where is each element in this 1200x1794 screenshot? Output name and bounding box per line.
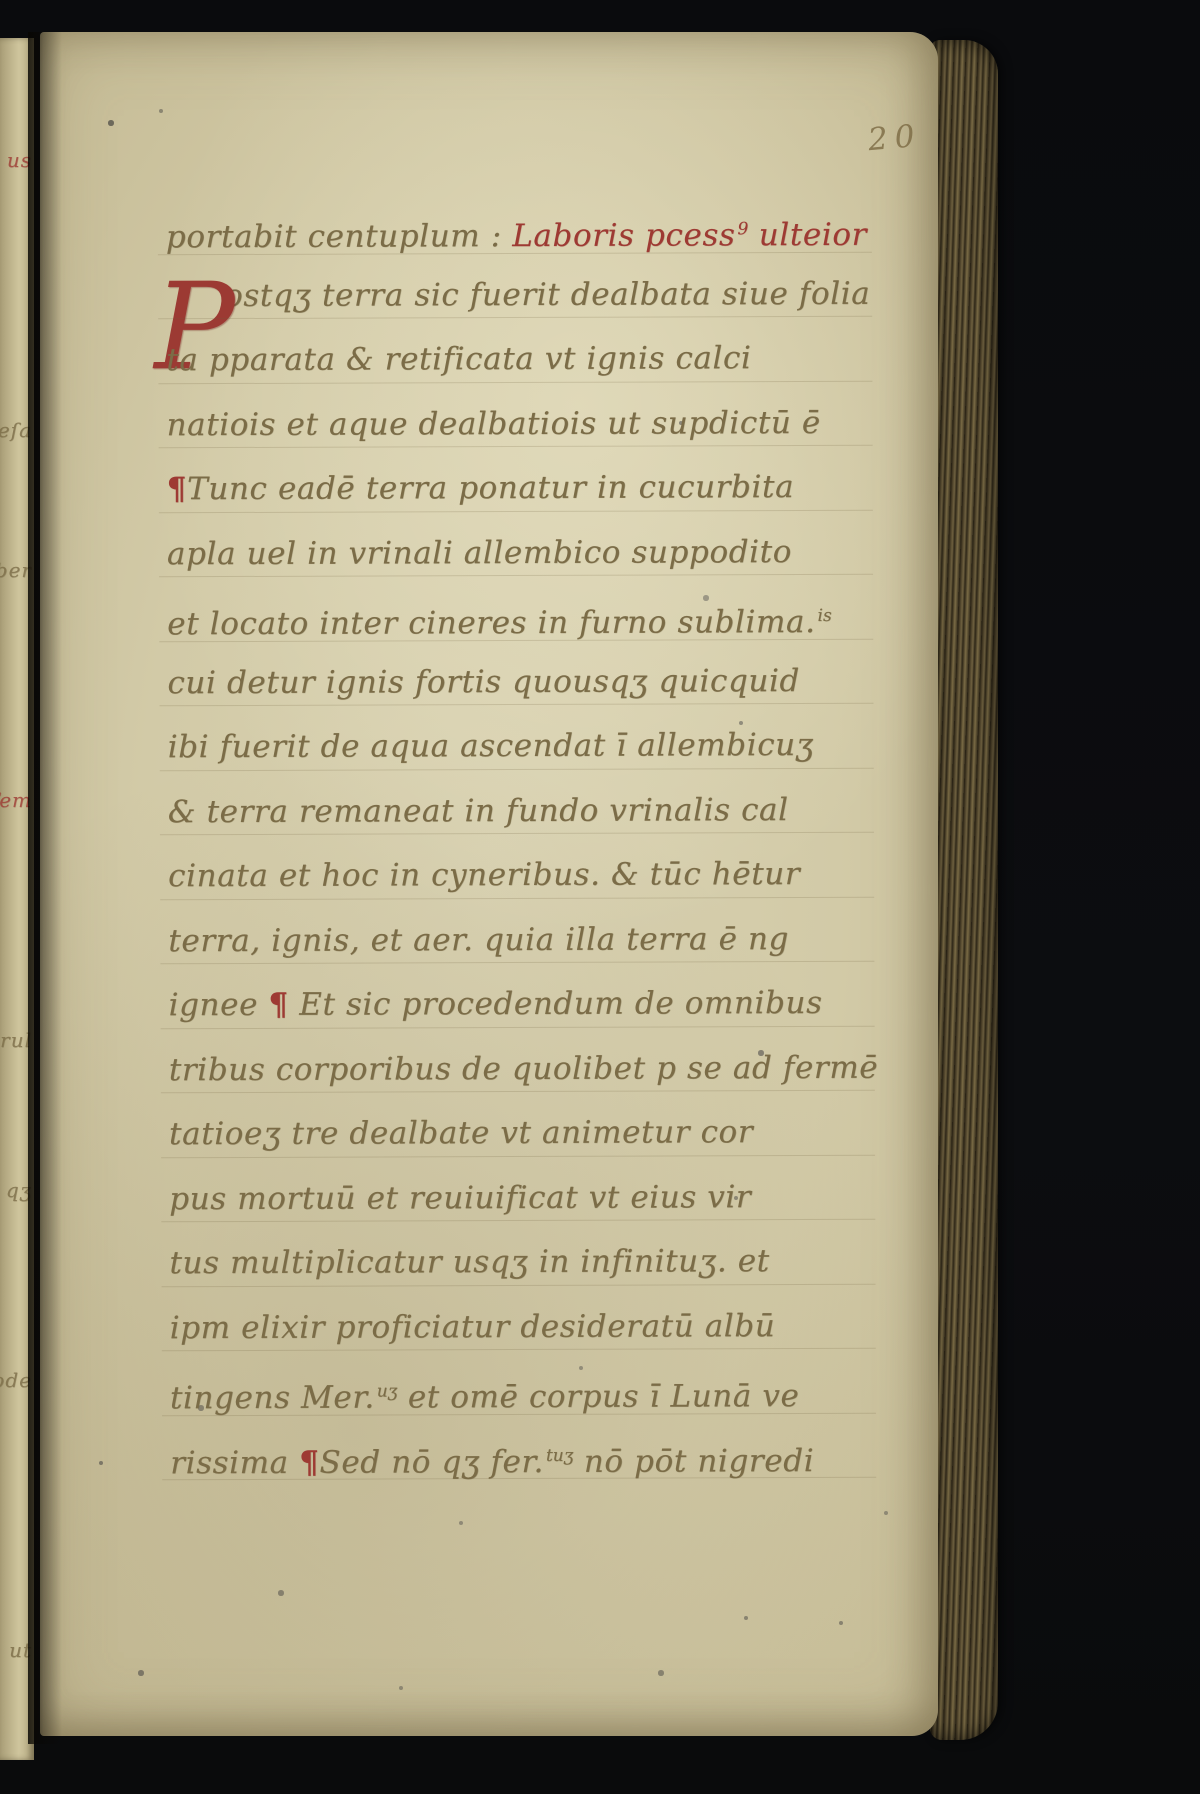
text-segment: et locato inter cineres in furno sublima…	[167, 604, 815, 642]
facing-page-fragment: mode	[0, 1368, 32, 1392]
text-segment: portabit centuplum :	[166, 218, 512, 255]
facing-page-fragment: Tem	[0, 788, 32, 812]
paragraph-mark: ¶	[268, 987, 288, 1023]
manuscript-line: et locato inter cineres in furno sublima…	[167, 584, 879, 651]
text-segment: ostqʒ terra sic fuerit dealbata siue fol…	[224, 275, 870, 313]
text-segment: ibi fuerit de aqua ascendat ī allembicuʒ	[168, 727, 814, 765]
text-segment: natiois et aque dealbatiois ut supdictū …	[166, 404, 820, 442]
manuscript-line: terra, ignis, et aer. quia illa terra ē …	[168, 906, 880, 973]
manuscript-line: tus multiplicatur usqʒ in infinituʒ. et	[169, 1229, 881, 1296]
text-segment: et omē corpus ī Lunā ve	[397, 1378, 799, 1415]
manuscript-line: ignee ¶ Et sic procedendum de omnibus	[168, 971, 880, 1038]
text-segment: Et sic procedendum de omnibus	[289, 985, 823, 1023]
manuscript-line: & terra remaneat in fundo vrinalis cal	[168, 777, 880, 844]
facing-page-fragment: ut	[0, 1638, 32, 1662]
rubric-segment: Laboris pcess	[512, 217, 735, 254]
manuscript-line: tatioeʒ tre dealbate vt animetur cor	[169, 1100, 881, 1167]
manuscript-line: rissima ¶Sed nō qʒ fer.tuʒ nō pōt nigred…	[170, 1422, 882, 1489]
text-segment: is	[817, 606, 831, 626]
manuscript-line: portabit centuplum : Laboris pcess9 ulte…	[166, 197, 878, 264]
manuscript-line: cui detur ignis fortis quousqʒ quicquid	[167, 648, 879, 715]
facing-page-fragment: meſa	[0, 418, 32, 442]
manuscript-line: ¶Tunc eadē terra ponatur in cucurbita	[167, 455, 879, 522]
manuscript-line: ipm elixir proficiatur desideratū albū	[170, 1293, 882, 1360]
text-segment: cui detur ignis fortis quousqʒ quicquid	[167, 663, 800, 701]
text-segment: terra, ignis, et aer. quia illa terra ē …	[168, 921, 789, 959]
facing-page-fragment: arul	[0, 1028, 32, 1052]
manuscript-page: 20 portabit centuplum : Laboris pcess9 u…	[40, 32, 938, 1736]
text-segment: cinata et hoc in cyneribus. & tūc hētur	[168, 856, 800, 894]
facing-page-fragment: us	[0, 148, 32, 172]
manuscript-line: Postqʒ terra sic fuerit dealbata siue fo…	[166, 261, 878, 328]
text-segment: tribus corporibus de quolibet p se ad fe…	[169, 1049, 879, 1087]
text-segment: ignee	[169, 987, 269, 1023]
book-fore-edge	[930, 40, 998, 1740]
facing-page-fragment: liber	[0, 558, 32, 582]
text-segment: pus mortuū et reuiuificat vt eius vir	[169, 1179, 751, 1217]
rubric-segment: ulteior	[748, 217, 867, 253]
text-segment: tatioeʒ tre dealbate vt animetur cor	[169, 1114, 753, 1152]
facing-page-fragment: qʒ	[0, 1178, 32, 1202]
manuscript-line: apla uel in vrinali allembico suppodito	[167, 519, 879, 586]
facing-page-sliver: usmeſaliberTemarulqʒmodeut	[0, 38, 34, 1760]
paragraph-mark: ¶	[167, 471, 187, 507]
manuscript-line: pus mortuū et reuiuificat vt eius vir	[169, 1164, 881, 1231]
manuscript-photo: usmeſaliberTemarulqʒmodeut 20 portabit c…	[0, 0, 1200, 1794]
text-segment: apla uel in vrinali allembico suppodito	[167, 534, 792, 572]
text-segment: & terra remaneat in fundo vrinalis cal	[168, 792, 789, 830]
text-block: portabit centuplum : Laboris pcess9 ulte…	[166, 197, 882, 1489]
manuscript-line: tribus corporibus de quolibet p se ad fe…	[169, 1035, 881, 1102]
text-segment: tuʒ	[546, 1445, 574, 1465]
manuscript-line: ta pparata & retificata vt ignis calci	[166, 326, 878, 393]
manuscript-line: cinata et hoc in cyneribus. & tūc hētur	[168, 842, 880, 909]
paragraph-mark: ¶	[299, 1444, 319, 1480]
manuscript-line: tingens Mer.uʒ et omē corpus ī Lunā ve	[170, 1358, 882, 1425]
parchment-specks	[40, 32, 42, 34]
text-segment: rissima	[170, 1444, 299, 1480]
text-segment: ta pparata & retificata vt ignis calci	[166, 340, 751, 378]
text-segment: nō pōt nigredi	[573, 1443, 814, 1480]
manuscript-line: ibi fuerit de aqua ascendat ī allembicuʒ	[168, 713, 880, 780]
text-segment: Tunc eadē terra ponatur in cucurbita	[187, 469, 794, 507]
text-segment: uʒ	[377, 1381, 398, 1401]
text-segment: tingens Mer.	[170, 1380, 375, 1417]
manuscript-line: natiois et aque dealbatiois ut supdictū …	[166, 390, 878, 457]
text-segment: Sed nō qʒ fer.	[319, 1444, 544, 1481]
text-segment: ipm elixir proficiatur desideratū albū	[170, 1308, 776, 1346]
page-number: 20	[867, 118, 923, 159]
text-segment: tus multiplicatur usqʒ in infinituʒ. et	[169, 1243, 769, 1281]
rubric-segment: 9	[737, 219, 748, 239]
